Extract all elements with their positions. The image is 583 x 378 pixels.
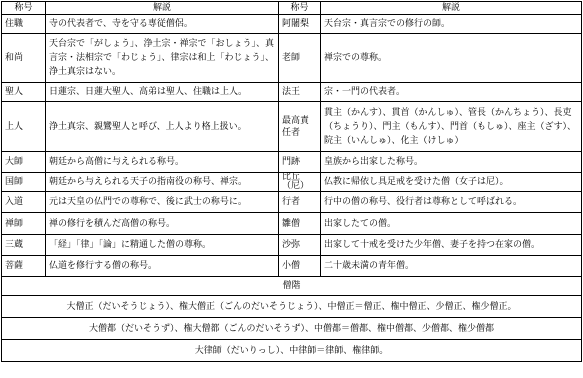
term-cell: 上人 [2,102,46,152]
description-cell: 二十歳未満の青年僧。 [321,256,582,277]
term-cell: 入道 [2,192,46,213]
table-row: 入道 元は天皇の仏門での尊称で、後に武士の称号に。 行者 行中の僧の称号、役行者… [2,192,582,213]
description-cell: 行中の僧の称号、役行者は尊称として呼ばれる。 [321,192,582,213]
rank-line-risshi: 大律師（だいりっし）、中律師＝律師、権律師。 [2,340,582,362]
table-row: 和尚 天台宗で「がしょう」、浄土宗・禅宗で「おしょう」、真言宗・法相宗で「わじょ… [2,34,582,83]
term-cell: 行者 [279,192,321,213]
term-text: 比丘（尼） [282,173,317,191]
description-cell: 浄土真宗、親鸞聖人と呼び、上人より格上扱い。 [46,102,279,152]
description-cell: 出家したての僧。 [321,213,582,235]
description-cell: 日蓮宗、日蓮大聖人、高弟は聖人、住職は上人。 [46,83,279,102]
header-term-left: 称号 [2,2,46,15]
description-cell: 仏道を修行する僧の称号。 [46,256,279,277]
description-cell: 禅の修行を積んだ高僧の称号。 [46,213,279,235]
table-row: 聖人 日蓮宗、日蓮大聖人、高弟は聖人、住職は上人。 法王 宗・一門の代表者。 [2,83,582,102]
term-cell: 雛僧 [279,213,321,235]
term-cell: 大師 [2,152,46,173]
rank-row: 大僧都（だいそうず）、権大僧都（ごんのだいそうず）、中僧都＝僧都、権中僧都、少僧… [2,318,582,340]
header-desc-right: 解説 [321,2,582,15]
rank-line-sozu: 大僧都（だいそうず）、権大僧都（ごんのだいそうず）、中僧都＝僧都、権中僧都、少僧… [2,318,582,340]
term-cell: 国師 [2,173,46,192]
term-cell: 最高責任者 [279,102,321,152]
description-cell: 仏教に帰依し具足戒を受けた僧（女子は尼）。 [321,173,582,192]
term-cell: 法王 [279,83,321,102]
term-cell: 三蔵 [2,235,46,256]
header-desc-left: 解説 [46,2,279,15]
description-cell: 天台宗・真言宗での修行の師。 [321,15,582,34]
rank-row: 大僧正（だいそうじょう）、権大僧正（ごんのだいそうじょう）、中僧正＝僧正、権中僧… [2,296,582,318]
table-row: 住職 寺の代表者で、寺を守る専従僧侶。 阿闍梨 天台宗・真言宗での修行の師。 [2,15,582,34]
term-cell: 小僧 [279,256,321,277]
term-cell: 門跡 [279,152,321,173]
description-cell: 朝廷から与えられる天子の指南役の称号、禅宗。 [46,173,279,192]
description-cell: 元は天皇の仏門での尊称で、後に武士の称号に。 [46,192,279,213]
term-cell: 禅師 [2,213,46,235]
description-cell: 出家して十戒を受けた少年僧、妻子を持つ在家の僧。 [321,235,582,256]
term-cell: 菩薩 [2,256,46,277]
description-cell: 貫主（かんす）、貫首（かんしゅ）、管長（かんちょう）、長吏（ちょうり）、門主（も… [321,102,582,152]
table-row: 国師 朝廷から与えられる天子の指南役の称号、禅宗。 比丘（尼） 仏教に帰依し具足… [2,173,582,192]
rank-row: 大律師（だいりっし）、中律師＝律師、権律師。 [2,340,582,362]
rank-line-sojo: 大僧正（だいそうじょう）、権大僧正（ごんのだいそうじょう）、中僧正＝僧正、権中僧… [2,296,582,318]
header-row: 称号 解説 称号 解説 [2,2,582,15]
description-cell: 寺の代表者で、寺を守る専従僧侶。 [46,15,279,34]
term-cell: 住職 [2,15,46,34]
term-cell: 沙弥 [279,235,321,256]
monk-titles-table: 称号 解説 称号 解説 住職 寺の代表者で、寺を守る専従僧侶。 阿闍梨 天台宗・… [1,1,582,362]
term-cell: 比丘（尼） [279,173,321,192]
term-cell: 老師 [279,34,321,83]
term-cell: 聖人 [2,83,46,102]
table-row: 禅師 禅の修行を積んだ高僧の称号。 雛僧 出家したての僧。 [2,213,582,235]
table-row: 大師 朝廷から高僧に与えられる称号。 門跡 皇族から出家した称号。 [2,152,582,173]
ranks-title-row: 僧階 [2,277,582,296]
description-cell: 天台宗で「がしょう」、浄土宗・禅宗で「おしょう」、真言宗・法相宗で「わじょう」、… [46,34,279,83]
ranks-title: 僧階 [2,277,582,296]
table-row: 菩薩 仏道を修行する僧の称号。 小僧 二十歳未満の青年僧。 [2,256,582,277]
description-cell: 「経」「律」「論」に精通した僧の尊称。 [46,235,279,256]
description-cell: 皇族から出家した称号。 [321,152,582,173]
description-cell: 禅宗での尊称。 [321,34,582,83]
table-row: 三蔵 「経」「律」「論」に精通した僧の尊称。 沙弥 出家して十戒を受けた少年僧、… [2,235,582,256]
table-row: 上人 浄土真宗、親鸞聖人と呼び、上人より格上扱い。 最高責任者 貫主（かんす）、… [2,102,582,152]
description-cell: 宗・一門の代表者。 [321,83,582,102]
term-text: 最高責任者 [282,115,317,139]
term-cell: 和尚 [2,34,46,83]
header-term-right: 称号 [279,2,321,15]
term-cell: 阿闍梨 [279,15,321,34]
description-cell: 朝廷から高僧に与えられる称号。 [46,152,279,173]
